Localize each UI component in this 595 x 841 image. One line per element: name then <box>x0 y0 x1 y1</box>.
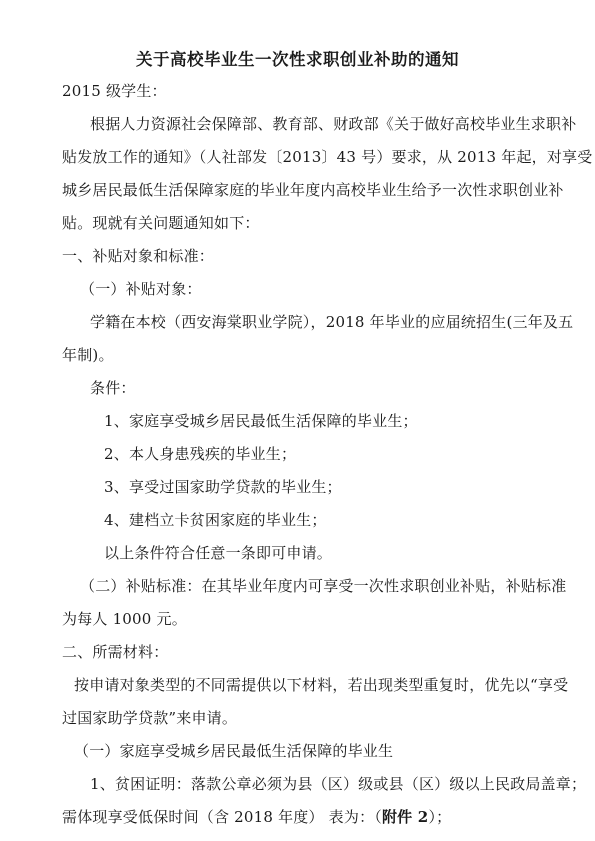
section1-sub1-heading: （一）补贴对象： <box>80 279 547 299</box>
section1-sub1-body: 学籍在本校（西安海棠职业学院），2018 年毕业的应届统招生(三年及五 <box>90 312 547 332</box>
condition-item: 4、建档立卡贫困家庭的毕业生； <box>104 510 547 530</box>
section2-sub1-heading: （一）家庭享受城乡居民最低生活保障的毕业生 <box>74 741 547 761</box>
salutation: 2015 级学生： <box>62 81 547 101</box>
section2-item1-cont: 需体现享受低保时间（含 2018 年度） 表为：（附件 2）； <box>62 807 547 827</box>
item1-prefix: 需体现享受低保时间（含 2018 年度） 表为：（ <box>62 808 382 826</box>
condition-item: 1、家庭享受城乡居民最低生活保障的毕业生； <box>104 411 547 431</box>
section1-sub2: 为每人 1000 元。 <box>62 609 547 629</box>
condition-item: 2、本人身患残疾的毕业生； <box>104 444 547 464</box>
intro-line: 根据人力资源社会保障部、教育部、财政部《关于做好高校毕业生求职补 <box>90 114 547 134</box>
intro-line: 贴。现就有关问题通知如下： <box>62 213 547 233</box>
conditions-label: 条件： <box>90 378 547 398</box>
conditions-note: 以上条件符合任意一条即可申请。 <box>104 543 547 563</box>
section2-heading: 二、所需材料： <box>62 642 547 662</box>
document-page: 关于高校毕业生一次性求职创业补助的通知 2015 级学生： 根据人力资源社会保障… <box>0 0 595 841</box>
section1-heading: 一、补贴对象和标准： <box>62 246 547 266</box>
intro-line: 城乡居民最低生活保障家庭的毕业年度内高校毕业生给予一次性求职创业补 <box>62 180 547 200</box>
intro-line: 贴发放工作的通知》（人社部发〔2013〕43 号）要求，从 2013 年起，对享… <box>62 147 547 167</box>
section1-sub2: （二）补贴标准：在其毕业年度内可享受一次性求职创业补贴，补贴标准 <box>80 576 547 596</box>
document-title: 关于高校毕业生一次性求职创业补助的通知 <box>0 50 595 70</box>
item1-suffix: ）； <box>428 808 451 826</box>
attachment-ref: 附件 2 <box>382 808 428 826</box>
condition-item: 3、享受过国家助学贷款的毕业生； <box>104 477 547 497</box>
section2-body: 按申请对象类型的不同需提供以下材料，若出现类型重复时，优先以“享受 <box>74 675 547 695</box>
section1-sub1-body: 年制)。 <box>62 345 547 365</box>
section2-body: 过国家助学贷款”来申请。 <box>62 708 547 728</box>
section2-item1: 1、贫困证明：落款公章必须为县（区）级或县（区）级以上民政局盖章； <box>90 774 547 794</box>
